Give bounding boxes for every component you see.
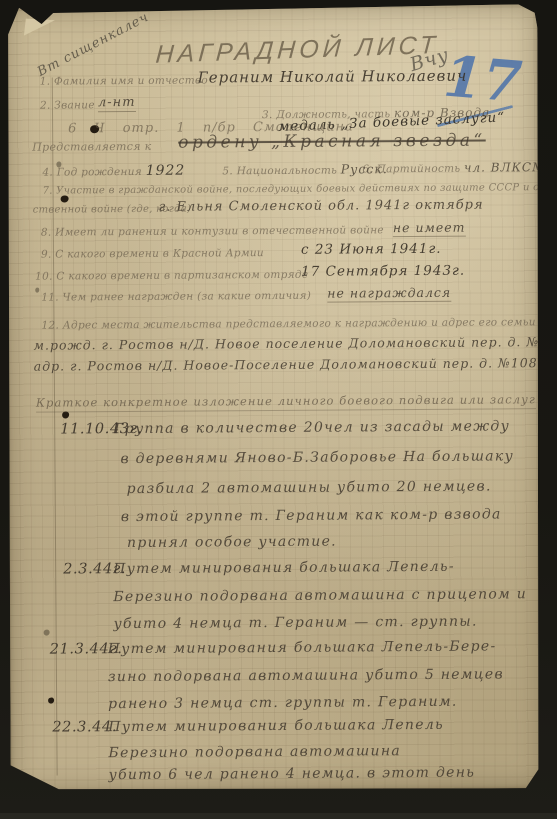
birth-label-text: 4. Год рождения bbox=[42, 166, 142, 179]
field-prev-awards-label: 11. Чем ранее награжден (за какие отличи… bbox=[41, 290, 311, 304]
field-partisan-value: 17 Сентября 1943г. bbox=[301, 263, 465, 280]
field-war-value: г. Ельня Смоленской обл. 1941г октября bbox=[159, 198, 484, 215]
field-army-label: 9. С какого времени в Красной Армии bbox=[41, 247, 264, 261]
page-title: НАГРАДНОЙ ЛИСТ bbox=[155, 31, 440, 70]
feat-line: Группа в количестве 20чел из засады межд… bbox=[114, 418, 510, 437]
field-birth-value: 1922 bbox=[146, 163, 186, 179]
torn-corner-flap bbox=[20, 12, 57, 36]
field-name-value: Гераним Николай Николаевич bbox=[198, 67, 468, 87]
feat-line: зино подорвана автомашина убито 5 немцев bbox=[108, 666, 504, 685]
ink-spot bbox=[62, 411, 69, 418]
feat-line: Березино подорвана автомашина с прицепом… bbox=[113, 586, 527, 605]
hole-punch bbox=[48, 698, 54, 704]
ink-spot bbox=[61, 195, 69, 202]
field-army-value: с 23 Июня 1941г. bbox=[301, 241, 442, 258]
field-wounds-label: 8. Имеет ли ранения и контузии в отечест… bbox=[41, 224, 384, 238]
document-sheet: Вт сищенкалеч НАГРАДНОЙ ЛИСТ Вчу 17 1. Ф… bbox=[5, 4, 542, 792]
rank-text: л-нт bbox=[98, 95, 136, 112]
field-name-label: 1. Фамилия имя и отчество bbox=[40, 74, 208, 87]
scan-backdrop: Вт сищенкалеч НАГРАДНОЙ ЛИСТ Вчу 17 1. Ф… bbox=[0, 0, 557, 819]
field-address-line1: м.рожд. г. Ростов н/Д. Новое поселение Д… bbox=[34, 334, 557, 353]
field-party-label: 6. Партийность чл. ВЛКСМ bbox=[362, 160, 545, 175]
feat-line: принял особое участие. bbox=[127, 534, 337, 551]
nationality-label-text: 5. Национальность bbox=[222, 165, 337, 178]
field-rank-label: 2. Звание bbox=[40, 99, 95, 111]
ink-spot bbox=[35, 288, 39, 293]
wounds-text: не имеет bbox=[393, 220, 466, 238]
field-address-line2: адр. г. Ростов н/Д. Новое-Поселение Доло… bbox=[34, 355, 543, 374]
feat-line: ранено 3 немца ст. группы т. Гераним. bbox=[108, 694, 458, 712]
party-label-text: 6. Партийность bbox=[362, 163, 460, 176]
feat-line: Березино подорвана автомашина bbox=[108, 743, 401, 761]
field-submitted-label: Представляется к bbox=[32, 140, 151, 154]
feat-line: убито 4 немца т. Гераним — ст. группы. bbox=[114, 614, 478, 633]
feat-line: убито 6 чел ранено 4 немца. в этот день bbox=[109, 765, 476, 784]
feats-heading: Краткое конкретное изложение личного бое… bbox=[36, 392, 536, 412]
field-war-label-line1: 7. Участие в гражданской войне, последую… bbox=[43, 182, 557, 197]
field-address-label: 12. Адрес места жительства представляемо… bbox=[41, 316, 535, 331]
field-prev-awards-value: не награждался bbox=[327, 285, 451, 301]
feat-line: Путем минирования большака Лепель- bbox=[113, 559, 455, 577]
feat-line: Путем минирования большака Лепель-Бере- bbox=[108, 638, 497, 657]
field-party-value: чл. ВЛКСМ bbox=[464, 160, 545, 175]
margin-rule bbox=[52, 78, 58, 776]
award-struck-value: ордену „Красная звезда“ bbox=[178, 131, 486, 153]
field-birth-label: 4. Год рождения 1922 bbox=[42, 163, 185, 180]
field-partisan-label: 10. С какого времени в партизанском отря… bbox=[35, 269, 308, 283]
feat-line: в этой группе т. Гераним как ком-р взвод… bbox=[121, 506, 502, 525]
feat-line: разбила 2 автомашины убито 20 немцев. bbox=[127, 478, 492, 497]
field-rank-value: л-нт bbox=[98, 95, 136, 110]
feat-line: Путем минирования большака Лепель bbox=[108, 717, 444, 735]
prev-awards-text: не награждался bbox=[327, 285, 451, 303]
feat-line: в деревнями Яново-Б.Заборовье На большак… bbox=[120, 448, 514, 467]
ink-spot bbox=[44, 630, 50, 636]
field-wounds-value: не имеет bbox=[393, 220, 466, 236]
